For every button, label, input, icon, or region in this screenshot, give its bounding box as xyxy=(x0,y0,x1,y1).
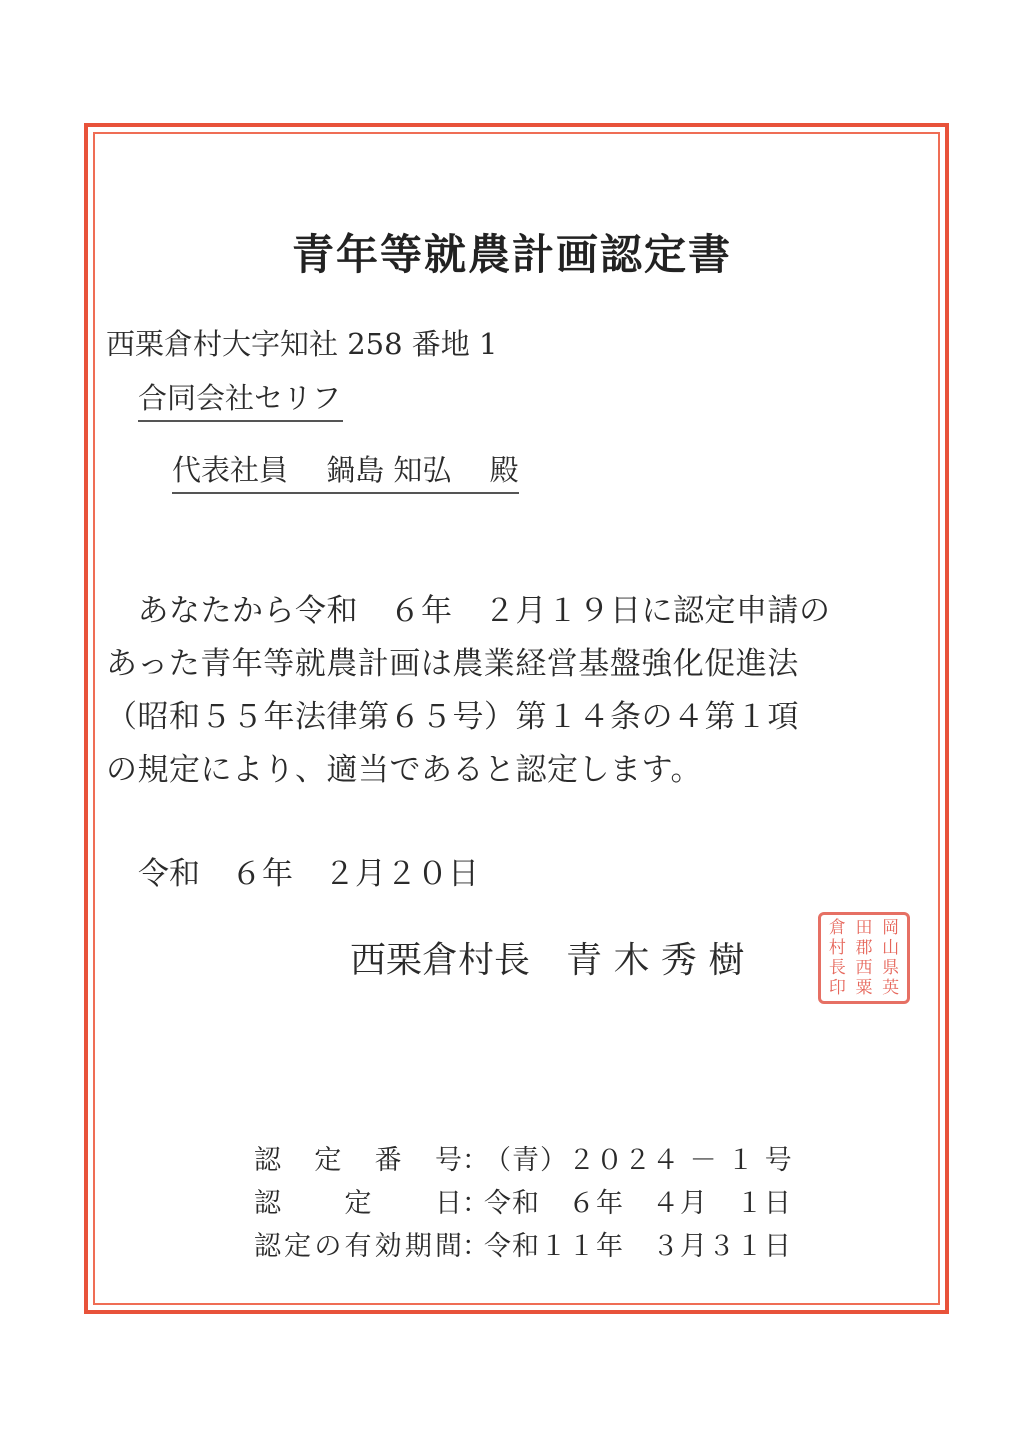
seal-char: 県 xyxy=(877,958,904,978)
detail-label: 認定日 xyxy=(254,1181,462,1220)
seal-char: 岡 xyxy=(877,918,904,938)
body-text-line-1: あなたから令和 ６年 ２月１９日に認定申請の xyxy=(106,585,831,630)
detail-value: （青）２０２４ － １ 号 xyxy=(484,1138,793,1177)
recipient-company: 合同会社セリフ xyxy=(138,376,343,422)
detail-label: 認定の有効期間 xyxy=(254,1224,462,1263)
seal-char: 印 xyxy=(824,978,851,998)
body-text-line-4: の規定により、適当であると認定します。 xyxy=(106,744,702,789)
document-title: 青年等就農計画認定書 xyxy=(0,222,1024,282)
detail-certification-number: 認定番号 ： （青）２０２４ － １ 号 xyxy=(254,1138,793,1177)
detail-colon: ： xyxy=(462,1181,484,1220)
detail-value: 令和 ６年 ４月 １日 xyxy=(484,1181,792,1220)
seal-char: 郡 xyxy=(851,938,878,958)
body-text-line-2: あった青年等就農計画は農業経営基盤強化促進法 xyxy=(106,638,799,683)
seal-char: 田 xyxy=(851,918,878,938)
recipient-address: 西栗倉村大字知社 258 番地 1 xyxy=(106,322,497,363)
recipient-representative: 代表社員 鍋島 知弘 殿 xyxy=(172,448,519,494)
detail-validity-period: 認定の有効期間 ： 令和１１年 ３月３１日 xyxy=(254,1224,792,1263)
seal-char: 倉 xyxy=(824,918,851,938)
seal-char: 長 xyxy=(824,958,851,978)
detail-colon: ： xyxy=(462,1224,484,1263)
body-text-line-3: （昭和５５年法律第６５号）第１４条の４第１項 xyxy=(106,691,799,736)
seal-char: 英 xyxy=(877,978,904,998)
seal-char: 村 xyxy=(824,938,851,958)
detail-certification-date: 認定日 ： 令和 ６年 ４月 １日 xyxy=(254,1181,792,1220)
issue-date: 令和 ６年 ２月２０日 xyxy=(138,848,479,893)
seal-char: 粟 xyxy=(851,978,878,998)
signatory-name: 西栗倉村長 青 木 秀 樹 xyxy=(350,932,744,983)
detail-colon: ： xyxy=(462,1138,484,1177)
detail-label: 認定番号 xyxy=(254,1138,462,1177)
seal-char: 山 xyxy=(877,938,904,958)
detail-value: 令和１１年 ３月３１日 xyxy=(484,1224,792,1263)
official-seal-stamp: 岡 山 県 英 田 郡 西 粟 倉 村 長 印 xyxy=(818,912,910,1004)
seal-char: 西 xyxy=(851,958,878,978)
